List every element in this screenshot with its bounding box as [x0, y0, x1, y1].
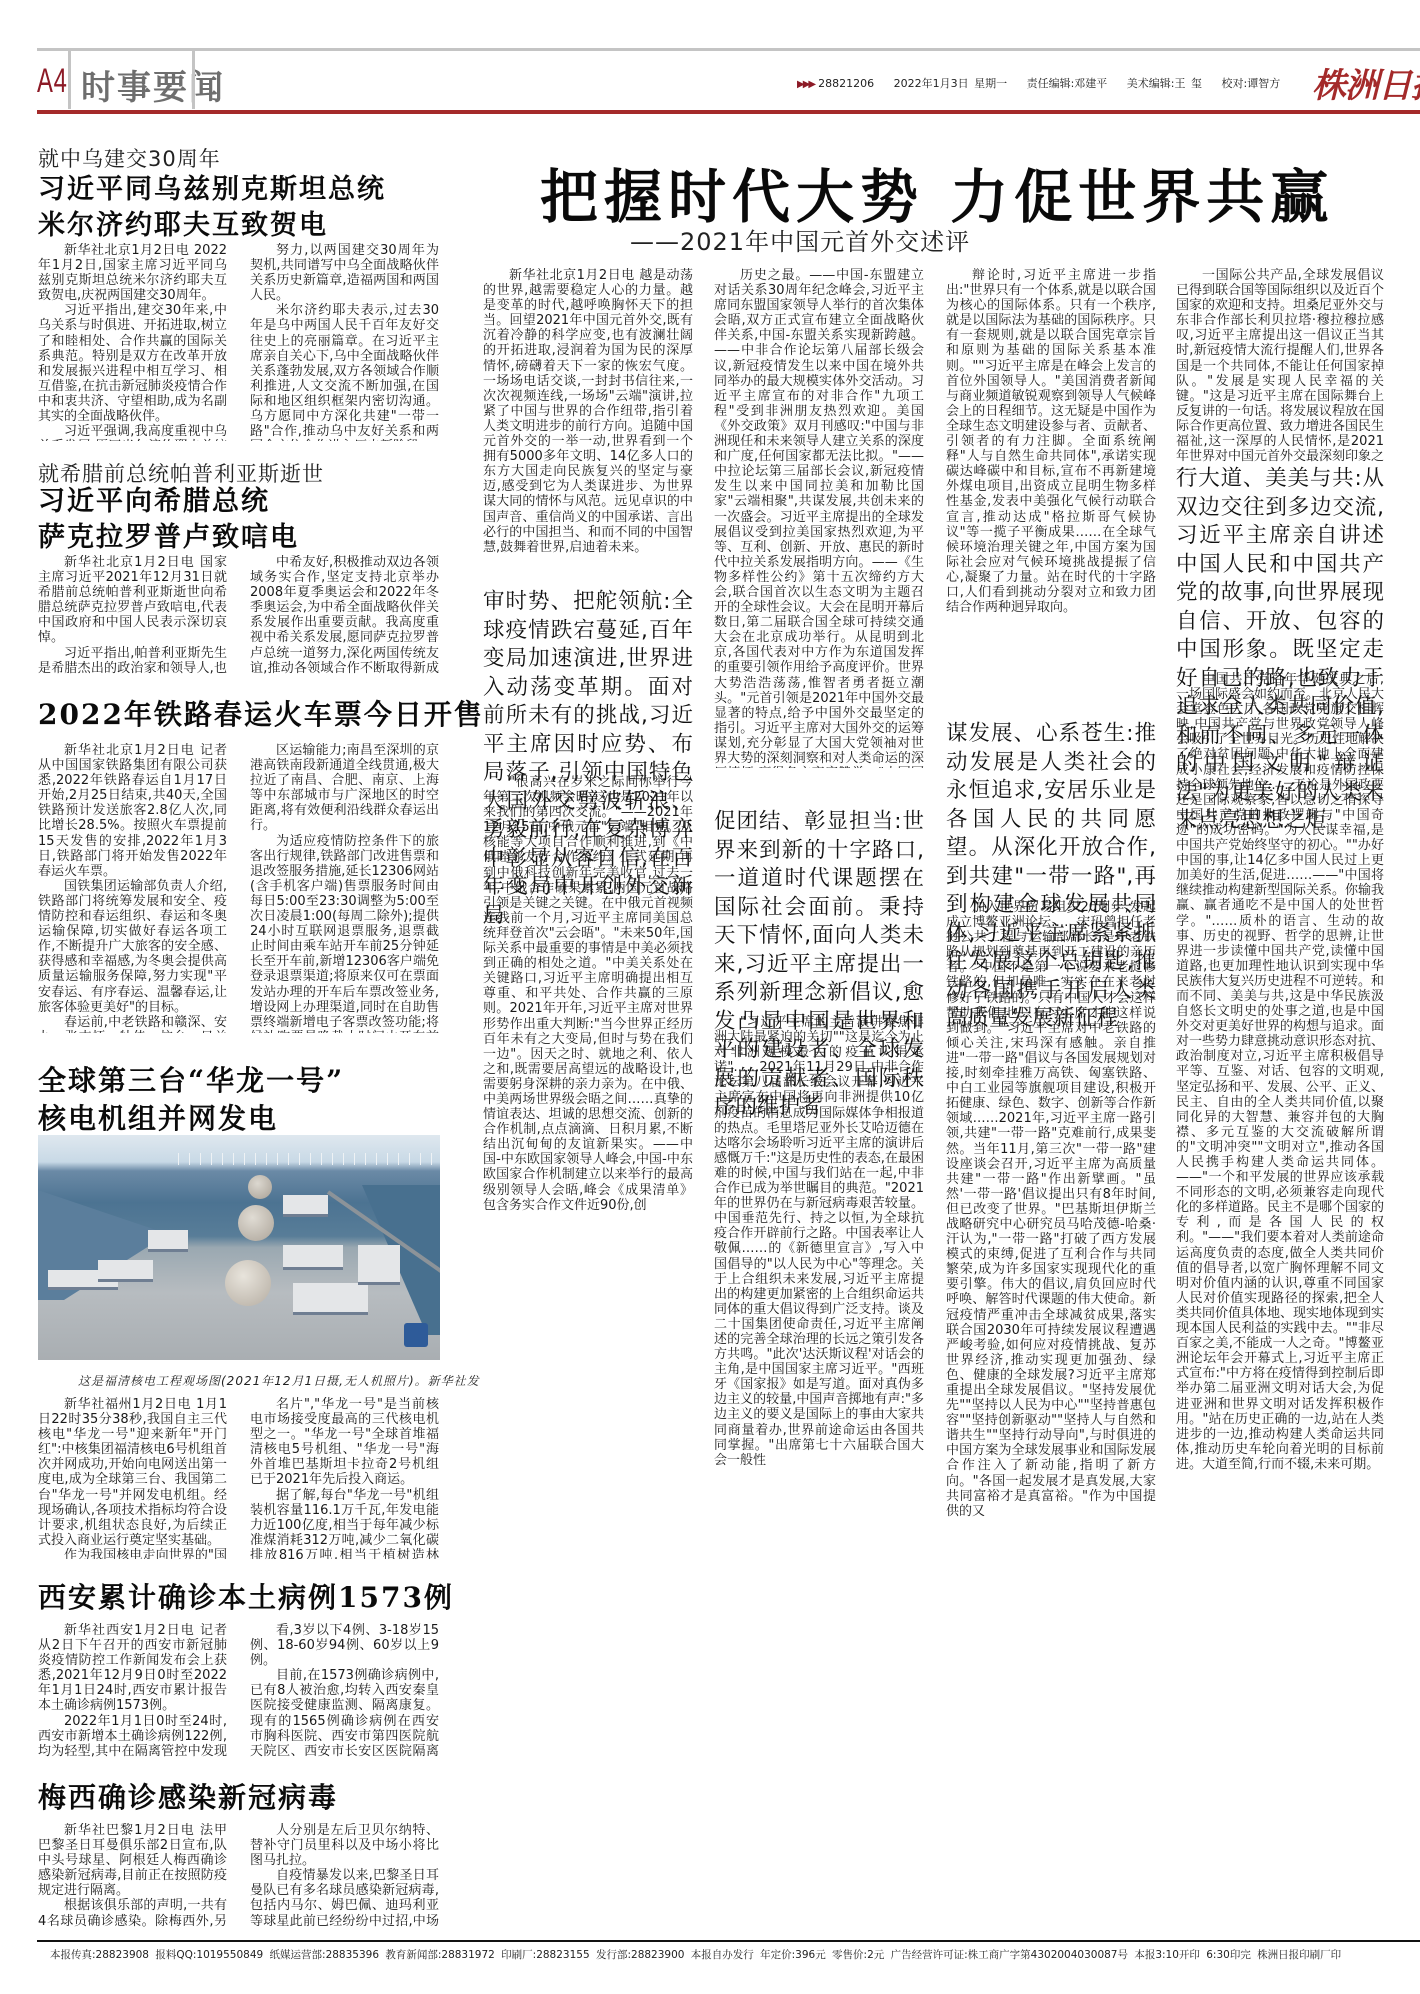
masthead-red-rule — [37, 110, 1420, 114]
article-headline: 全球第三台“华龙一号” 核电机组并网发电 — [38, 1062, 344, 1138]
article-body-col: 人分别是左后卫贝尔纳特、替补守门员里科以及中场小将比图马扎拉。自疫情暴发以来,巴… — [250, 1823, 439, 1928]
article-body-col: 新华社北京1月2日电 国家主席习近平2021年12月31日就希腊前总统帕普利亚斯… — [38, 555, 227, 675]
article-headline: 习近平同乌兹别克斯坦总统 米尔济约耶夫互致贺电 — [38, 172, 386, 244]
xinhua-watermark-icon — [404, 1323, 428, 1347]
article-kicker: 就中乌建交30周年 — [38, 143, 221, 173]
article-body-col: 新华社西安1月2日电 记者从2日下午召开的西安市新冠肺炎疫情防控工作新闻发布会上… — [38, 1623, 227, 1758]
lead-body-col: "习近平主席的主旨演讲聚焦非洲大陆最紧迫的关切""这是迄今为止对非洲规模最大的疫… — [714, 1015, 924, 1935]
lead-body-col: 历史之最。——中国-东盟建立对话关系30周年纪念峰会,习近平主席同东盟国家领导人… — [714, 268, 924, 768]
masthead-info: ▶▶▶28821206 2022年1月3日 星期一 责任编辑:邓建平 美术编辑:… — [797, 75, 1280, 91]
photo-caption: 这是福清核电工程观场图(2021年12月1日摄,无人机照片)。新华社发 — [78, 1372, 480, 1389]
newspaper-logo: 株洲日报 — [1312, 58, 1420, 107]
article-body-col: 新华社巴黎1月2日电 法甲巴黎圣日耳曼俱乐部2日宣布,队中头号球星、阿根廷人梅西… — [38, 1823, 227, 1928]
lead-body-col: 一国际公共产品,全球发展倡议已得到联合国等国际组织以及近百个国家的欢迎和支持。坦… — [1176, 268, 1384, 473]
art-editor: 美术编辑:王 玺 — [1127, 77, 1202, 90]
footer-rule — [37, 1940, 1420, 1942]
article-body-col: 中希友好,积极推动双边各领域务实合作,坚定支持北京举办2008年夏季奥运会和20… — [250, 555, 439, 675]
page-footer: 本报传真:28823908 报料QQ:1019550849 纸媒运营部:2883… — [50, 1947, 1341, 1962]
masthead-top-rule — [37, 48, 1420, 51]
lead-body-col: 中国共产党百年华诞庆典之后,一场国际盛会如约而至。北京人民大会堂金色大厅,各国政… — [1176, 672, 1384, 1935]
article-body-col: 新华社北京1月2日电 记者从中国国家铁路集团有限公司获悉,2022年铁路春运自1… — [38, 743, 227, 1033]
proofreader: 校对:谭智方 — [1222, 77, 1281, 90]
article-body-col: 看,3岁以下4例、3-18岁15例、18-60岁94例、60岁以上9例。目前,在… — [250, 1623, 439, 1758]
lead-body-col: 新华社北京1月2日电 越是动荡的世界,越需要稳定人心的力量。越是变革的时代,越呼… — [483, 268, 693, 578]
article-headline: 2022年铁路春运火车票今日开售 — [38, 697, 484, 732]
article-body-col: 名片","华龙一号"是当前核电市场接受度最高的三代核电机型之一。"华龙一号"全球… — [250, 1397, 439, 1559]
nuclear-plant-photo — [38, 1135, 440, 1360]
article-body-col: 努力,以两国建交30周年为契机,共同谱写中乌全面战略伙伴关系历史新篇章,造福两国… — [250, 243, 439, 441]
lead-subhead-4: 行大道、美美与共:从双边交往到多边交流,习近平主席亲自讲述中国人民和中国共产党的… — [1176, 465, 1384, 665]
issue-date: 2022年1月3日 星期一 — [894, 77, 1008, 90]
lead-body-col: 加入世界贸易组织20周年,发起成立博鳌亚洲论坛……宋玛曾担任老挝公共工程与运输部… — [946, 900, 1156, 1935]
page-masthead: A4 时事要闻 ▶▶▶28821206 2022年1月3日 星期一 责任编辑:邓… — [37, 48, 1420, 108]
article-body-col: 新华社福州1月2日电 1月1日22时35分38秒,我国自主三代核电"华龙一号"迎… — [38, 1397, 227, 1559]
masthead-divider — [68, 51, 71, 109]
responsible-editor: 责任编辑:邓建平 — [1027, 77, 1108, 90]
article-body-col: 新华社北京1月2日电 2022年1月2日,国家主席习近平同乌兹别克斯坦总统米尔济… — [38, 243, 227, 441]
lead-body-col: 辩论时,习近平主席进一步指出:"世界只有一个体系,就是以联合国为核心的国际体系。… — [946, 268, 1156, 668]
article-headline: 西安累计确诊本土病例1573例 — [38, 1580, 454, 1615]
page-number: A4 — [37, 62, 68, 101]
article-body-col: 区运输能力;南昌至深圳的京港高铁南段新通道全线贯通,极大拉近了南昌、合肥、南京、… — [250, 743, 439, 1033]
article-headline: 梅西确诊感染新冠病毒 — [38, 1780, 338, 1815]
masthead-divider — [192, 51, 195, 109]
section-title: 时事要闻 — [81, 60, 225, 109]
article-headline: 习近平向希腊总统 萨克拉罗普卢致唁电 — [38, 484, 299, 556]
lead-subhead-2: 促团结、彰显担当:世界来到新的十字路口,一道道时代课题摆在国际社会面前。秉持天下… — [714, 808, 924, 1008]
lead-subhead-3: 谋发展、心系苍生:推动发展是人类社会的永恒追求,安居乐业是各国人民的共同愿望。从… — [946, 720, 1156, 895]
triple-arrow-icon: ▶▶▶ — [797, 79, 814, 90]
hotline-number: 28821206 — [818, 77, 874, 90]
lead-subhead-1: 审时势、把舵领航:全球疫情跌宕蔓延,百年变局加速演进,世界进入动荡变革期。面对前… — [483, 588, 693, 763]
lead-body-col: "很高兴在岁末之际同你举行今年第二次视频会晤,这也是2021年以来我们的第四次交… — [483, 775, 693, 1935]
lead-subtitle: ——2021年中国元首外交述评 — [630, 222, 970, 257]
